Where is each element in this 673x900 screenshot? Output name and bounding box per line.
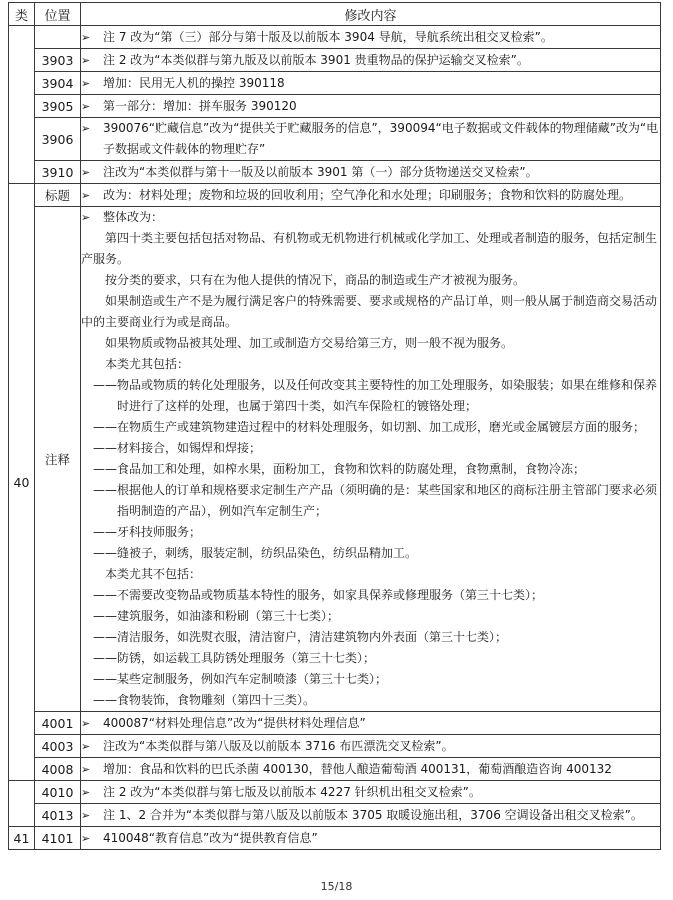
table-row: 4013 ➢注 1、2 合并为“本类似群与第八版及以前版本 3705 取暖设施出… [9, 804, 661, 827]
position-cell: 3905 [35, 95, 81, 118]
position-cell: 4008 [35, 758, 81, 781]
position-cell: 4003 [35, 735, 81, 758]
content-cell: ➢增加：食品和饮料的巴氏杀菌 400130，替他人酿造葡萄酒 400131，葡萄… [81, 758, 661, 781]
table-row: 4010 ➢注 2 改为“本类似群与第七版及以前版本 4227 针织机出租交叉检… [9, 781, 661, 804]
excludes-item: ——建筑服务，如油漆和粉刷（第三十七类）； [81, 606, 660, 627]
table-row: 3904 ➢增加：民用无人机的操控 390118 [9, 72, 661, 95]
arrow-bullet-icon: ➢ [81, 96, 103, 117]
excludes-item: ——食物装饰，食物雕刻（第四十三类）。 [81, 690, 660, 711]
position-cell: 3906 [35, 118, 81, 161]
arrow-bullet-icon: ➢ [81, 828, 103, 849]
table-row: 注释 ➢整体改为： 第四十类主要包括包括对物品、有机物或无机物进行机械或化学加工… [9, 207, 661, 712]
position-cell: 4013 [35, 804, 81, 827]
class-cell-39 [9, 26, 35, 184]
content-cell: ➢注改为“本类似群与第十一版及以前版本 3901 第（一）部分货物递送交叉检索”… [81, 161, 661, 184]
arrow-bullet-icon: ➢ [81, 50, 103, 71]
class-cell-40: 40 [9, 184, 35, 781]
content-cell: ➢400087“材料处理信息”改为“提供材料处理信息” [81, 712, 661, 735]
content-cell: ➢注 2 改为“本类似群与第七版及以前版本 4227 针织机出租交叉检索”。 [81, 781, 661, 804]
table-row: 3910 ➢注改为“本类似群与第十一版及以前版本 3901 第（一）部分货物递送… [9, 161, 661, 184]
notes-paragraph: 如果制造或生产不是为履行满足客户的特殊需要、要求或规格的产品订单，则一般从属于制… [81, 291, 660, 333]
table-row: 40 标题 ➢改为：材料处理；废物和垃圾的回收利用；空气净化和水处理；印刷服务；… [9, 184, 661, 207]
position-cell-notes: 注释 [35, 207, 81, 712]
page-number: 15/18 [0, 880, 673, 893]
excludes-item: ——某些定制服务，例如汽车定制喷漆（第三十七类）； [81, 669, 660, 690]
arrow-bullet-icon: ➢ [81, 736, 103, 757]
position-cell: 4010 [35, 781, 81, 804]
table-row: 4001 ➢400087“材料处理信息”改为“提供材料处理信息” [9, 712, 661, 735]
arrow-bullet-icon: ➢ [81, 118, 103, 139]
includes-item: ——材料接合，如锡焊和焊接； [81, 438, 660, 459]
excludes-item: ——防锈，如运载工具防锈处理服务（第三十七类）； [81, 648, 660, 669]
content-cell: ➢注 7 改为“第（三）部分与第十版及以前版本 3904 导航，导航系统出租交叉… [81, 26, 661, 49]
header-position: 位置 [35, 3, 81, 26]
content-cell: ➢注改为“本类似群与第八版及以前版本 3716 布匹漂洗交叉检索”。 [81, 735, 661, 758]
table-row: 3906 ➢390076“贮藏信息”改为“提供关于贮藏服务的信息”，390094… [9, 118, 661, 161]
arrow-bullet-icon: ➢ [81, 27, 103, 48]
excludes-item: ——清洁服务，如洗熨衣服，清洁窗户，清洁建筑物内外表面（第三十七类）； [81, 627, 660, 648]
table-row: 41 4101 ➢410048“教育信息”改为“提供教育信息” [9, 827, 661, 850]
includes-item: ——根据他人的订单和规格要求定制生产产品（须明确的是：某些国家和地区的商标注册主… [81, 480, 660, 522]
content-cell: ➢390076“贮藏信息”改为“提供关于贮藏服务的信息”，390094“电子数据… [81, 118, 661, 161]
excludes-item: ——不需要改变物品或物质基本特性的服务，如家具保养或修理服务（第三十七类）； [81, 585, 660, 606]
content-cell: ➢增加：民用无人机的操控 390118 [81, 72, 661, 95]
includes-heading: 本类尤其包括： [81, 354, 660, 375]
table-row: 4008 ➢增加：食品和饮料的巴氏杀菌 400130，替他人酿造葡萄酒 4001… [9, 758, 661, 781]
includes-item: ——牙科技师服务； [81, 522, 660, 543]
table-row: ➢注 7 改为“第（三）部分与第十版及以前版本 3904 导航，导航系统出租交叉… [9, 26, 661, 49]
table-row: 3903 ➢注 2 改为“本类似群与第九版及以前版本 3901 贵重物品的保护运… [9, 49, 661, 72]
excludes-heading: 本类尤其不包括： [81, 564, 660, 585]
content-cell: ➢改为：材料处理；废物和垃圾的回收利用；空气净化和水处理；印刷服务；食物和饮料的… [81, 184, 661, 207]
table-row: 4003 ➢注改为“本类似群与第八版及以前版本 3716 布匹漂洗交叉检索”。 [9, 735, 661, 758]
notes-paragraph: 如果物质或物品被其处理、加工或制造方交易给第三方，则一般不视为服务。 [81, 333, 660, 354]
position-cell: 3904 [35, 72, 81, 95]
arrow-bullet-icon: ➢ [81, 782, 103, 803]
table-header-row: 类 位置 修改内容 [9, 3, 661, 26]
position-cell: 4101 [35, 827, 81, 850]
class-cell-41: 41 [9, 827, 35, 850]
amendments-table: 类 位置 修改内容 ➢注 7 改为“第（三）部分与第十版及以前版本 3904 导… [8, 2, 661, 850]
arrow-bullet-icon: ➢ [81, 805, 103, 826]
arrow-bullet-icon: ➢ [81, 713, 103, 734]
content-cell: ➢注 2 改为“本类似群与第九版及以前版本 3901 贵重物品的保护运输交叉检索… [81, 49, 661, 72]
includes-item: ——物品或物质的转化处理服务，以及任何改变其主要特性的加工处理服务，如染服装；如… [81, 375, 660, 417]
header-content: 修改内容 [81, 3, 661, 26]
content-cell: ➢410048“教育信息”改为“提供教育信息” [81, 827, 661, 850]
includes-item: ——在物质生产或建筑物建造过程中的材料处理服务，如切割、加工成形，磨光或金属镀层… [81, 417, 660, 438]
position-cell: 3910 [35, 161, 81, 184]
content-cell: ➢第一部分：增加：拼车服务 390120 [81, 95, 661, 118]
notes-content-cell: ➢整体改为： 第四十类主要包括包括对物品、有机物或无机物进行机械或化学加工、处理… [81, 207, 661, 712]
arrow-bullet-icon: ➢ [81, 73, 103, 94]
arrow-bullet-icon: ➢ [81, 185, 103, 206]
notes-paragraph: 第四十类主要包括包括对物品、有机物或无机物进行机械或化学加工、处理或者制造的服务… [81, 228, 660, 270]
content-cell: ➢注 1、2 合并为“本类似群与第八版及以前版本 3705 取暖设施出租，370… [81, 804, 661, 827]
position-cell: 4001 [35, 712, 81, 735]
arrow-bullet-icon: ➢ [81, 162, 103, 183]
position-cell: 3903 [35, 49, 81, 72]
position-cell [35, 26, 81, 49]
notes-paragraph: 按分类的要求，只有在为他人提供的情况下，商品的制造或生产才被视为服务。 [81, 270, 660, 291]
table-row: 3905 ➢第一部分：增加：拼车服务 390120 [9, 95, 661, 118]
position-cell-title: 标题 [35, 184, 81, 207]
arrow-bullet-icon: ➢ [81, 759, 103, 780]
includes-item: ——食品加工和处理，如榨水果，面粉加工，食物和饮料的防腐处理，食物熏制，食物冷冻… [81, 459, 660, 480]
arrow-bullet-icon: ➢ [81, 207, 103, 228]
class-cell-40-cont [9, 781, 35, 827]
document-page: 类 位置 修改内容 ➢注 7 改为“第（三）部分与第十版及以前版本 3904 导… [8, 2, 660, 850]
includes-item: ——缝被子，刺绣，服装定制，纺织品染色，纺织品精加工。 [81, 543, 660, 564]
header-class: 类 [9, 3, 35, 26]
